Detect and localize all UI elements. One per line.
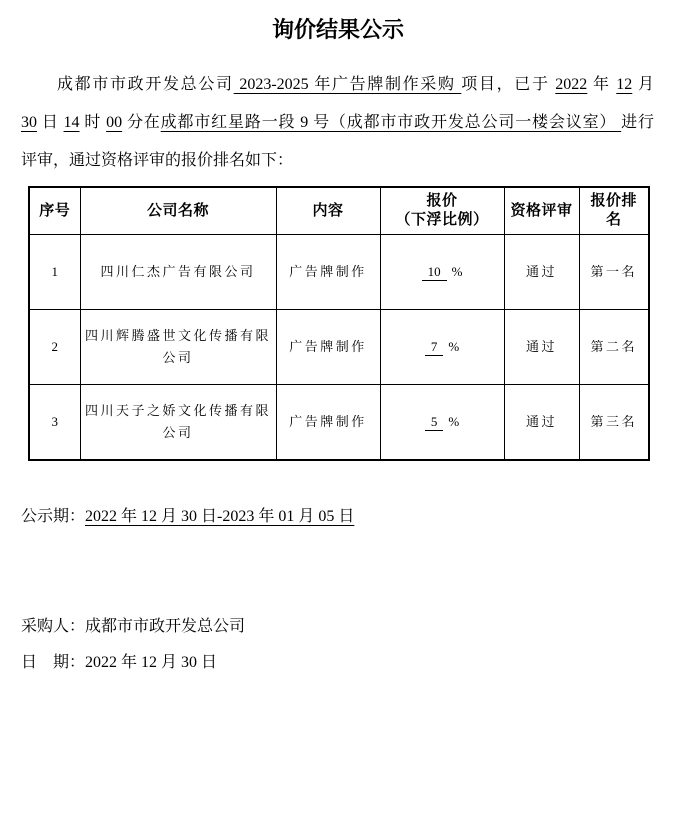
intro-line-3: 评审，通过资格评审的报价排名如下：	[21, 142, 654, 180]
header-qualification: 资格评审	[504, 187, 579, 235]
cell-quote: 7%	[380, 310, 504, 385]
table-row: 1 四川仁杰广告有限公司 广告牌制作 10% 通过 第一名	[29, 235, 649, 310]
cell-rank: 第三名	[579, 385, 649, 461]
quote-value-underlined: 10	[422, 264, 447, 281]
minute-unit-text: 分在	[122, 114, 161, 131]
cell-rank: 第二名	[579, 310, 649, 385]
cell-index: 1	[29, 235, 80, 310]
review-month-underlined: 12	[616, 76, 632, 93]
cell-index: 2	[29, 310, 80, 385]
month-unit-text: 月	[632, 76, 654, 93]
cell-content: 广告牌制作	[276, 235, 380, 310]
cell-quote: 10%	[380, 235, 504, 310]
cell-quote: 5%	[380, 385, 504, 461]
cell-index: 3	[29, 385, 80, 461]
document-page: 询价结果公示 成都市市政开发总公司 2023-2025 年广告牌制作采购 项目，…	[0, 0, 675, 814]
purchaser-line: 采购人：成都市市政开发总公司	[21, 617, 655, 637]
quote-results-table: 序号 公司名称 内容 报价 （下浮比例） 资格评审 报价排名 1 四川仁杰广告有…	[28, 186, 650, 461]
cell-company: 四川仁杰广告有限公司	[80, 235, 276, 310]
publicity-period-value-underlined: 2022 年 12 月 30 日-2023 年 01 月 05 日	[85, 508, 354, 525]
table-row: 2 四川辉腾盛世文化传播有限公司 广告牌制作 7% 通过 第二名	[29, 310, 649, 385]
cell-qualification: 通过	[504, 385, 579, 461]
intro-line-1: 成都市市政开发总公司 2023-2025 年广告牌制作采购 项目，已于 2022…	[21, 66, 654, 104]
venue-underlined: 成都市红星路一段 9 号（成都市市政开发总公司一楼会议室）	[161, 114, 621, 131]
header-company: 公司名称	[80, 187, 276, 235]
cell-qualification: 通过	[504, 310, 579, 385]
quote-unit: %	[452, 264, 463, 279]
hour-unit-text: 时	[80, 114, 107, 131]
review-day-underlined: 30	[21, 114, 37, 131]
intro-tail-text: 进行	[621, 114, 654, 131]
publicity-period-line: 公示期：2022 年 12 月 30 日-2023 年 01 月 05 日	[21, 507, 655, 527]
cell-content: 广告牌制作	[276, 385, 380, 461]
purchaser-name-text: 成都市市政开发总公司	[57, 76, 234, 93]
header-rank: 报价排名	[579, 187, 649, 235]
project-name-underlined: 2023-2025 年广告牌制作采购	[234, 76, 462, 93]
cell-qualification: 通过	[504, 235, 579, 310]
cell-company: 四川天子之娇文化传播有限公司	[80, 385, 276, 461]
quote-value-underlined: 7	[425, 339, 444, 356]
day-unit-text: 日	[37, 114, 64, 131]
quote-value-underlined: 5	[425, 414, 444, 431]
header-index: 序号	[29, 187, 80, 235]
cell-rank: 第一名	[579, 235, 649, 310]
header-quote-line2: （下浮比例）	[385, 211, 500, 230]
cell-company: 四川辉腾盛世文化传播有限公司	[80, 310, 276, 385]
date-line: 日 期：2022 年 12 月 30 日	[21, 653, 655, 673]
review-hour-underlined: 14	[64, 114, 80, 131]
header-quote: 报价 （下浮比例）	[380, 187, 504, 235]
header-content: 内容	[276, 187, 380, 235]
header-quote-line1: 报价	[385, 192, 500, 211]
quote-unit: %	[448, 414, 459, 429]
intro-line-2: 30 日 14 时 00 分在成都市红星路一段 9 号（成都市市政开发总公司一楼…	[21, 104, 654, 142]
table-header-row: 序号 公司名称 内容 报价 （下浮比例） 资格评审 报价排名	[29, 187, 649, 235]
year-unit-text: 年	[587, 76, 616, 93]
intro-mid-text: 项目，已于	[461, 76, 555, 93]
review-year-underlined: 2022	[555, 76, 587, 93]
quote-unit: %	[448, 339, 459, 354]
cell-content: 广告牌制作	[276, 310, 380, 385]
publicity-period-label: 公示期：	[21, 508, 85, 525]
review-minute-underlined: 00	[106, 114, 122, 131]
page-title: 询价结果公示	[21, 16, 655, 44]
table-row: 3 四川天子之娇文化传播有限公司 广告牌制作 5% 通过 第三名	[29, 385, 649, 461]
intro-paragraph: 成都市市政开发总公司 2023-2025 年广告牌制作采购 项目，已于 2022…	[21, 66, 654, 180]
